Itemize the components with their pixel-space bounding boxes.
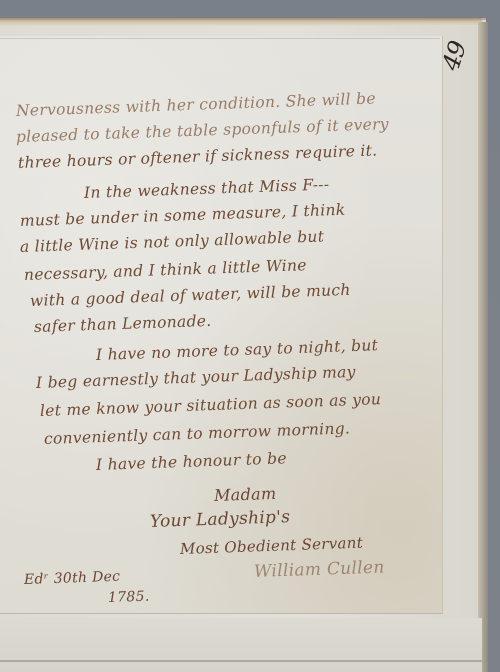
sheet-fold-line <box>0 38 440 39</box>
mount-right-edge <box>478 22 488 672</box>
document-viewer: 49 Nervousness with her condition. She w… <box>0 0 500 672</box>
mount-top-edge <box>0 18 482 26</box>
closing-salutation: Madam <box>214 484 277 505</box>
dateline-year: 1785. <box>108 589 150 606</box>
dateline-place-date: Edʳ 30th Dec <box>24 569 121 588</box>
mount-bottom-strip <box>0 618 482 672</box>
page-bottom-edge <box>0 660 482 662</box>
